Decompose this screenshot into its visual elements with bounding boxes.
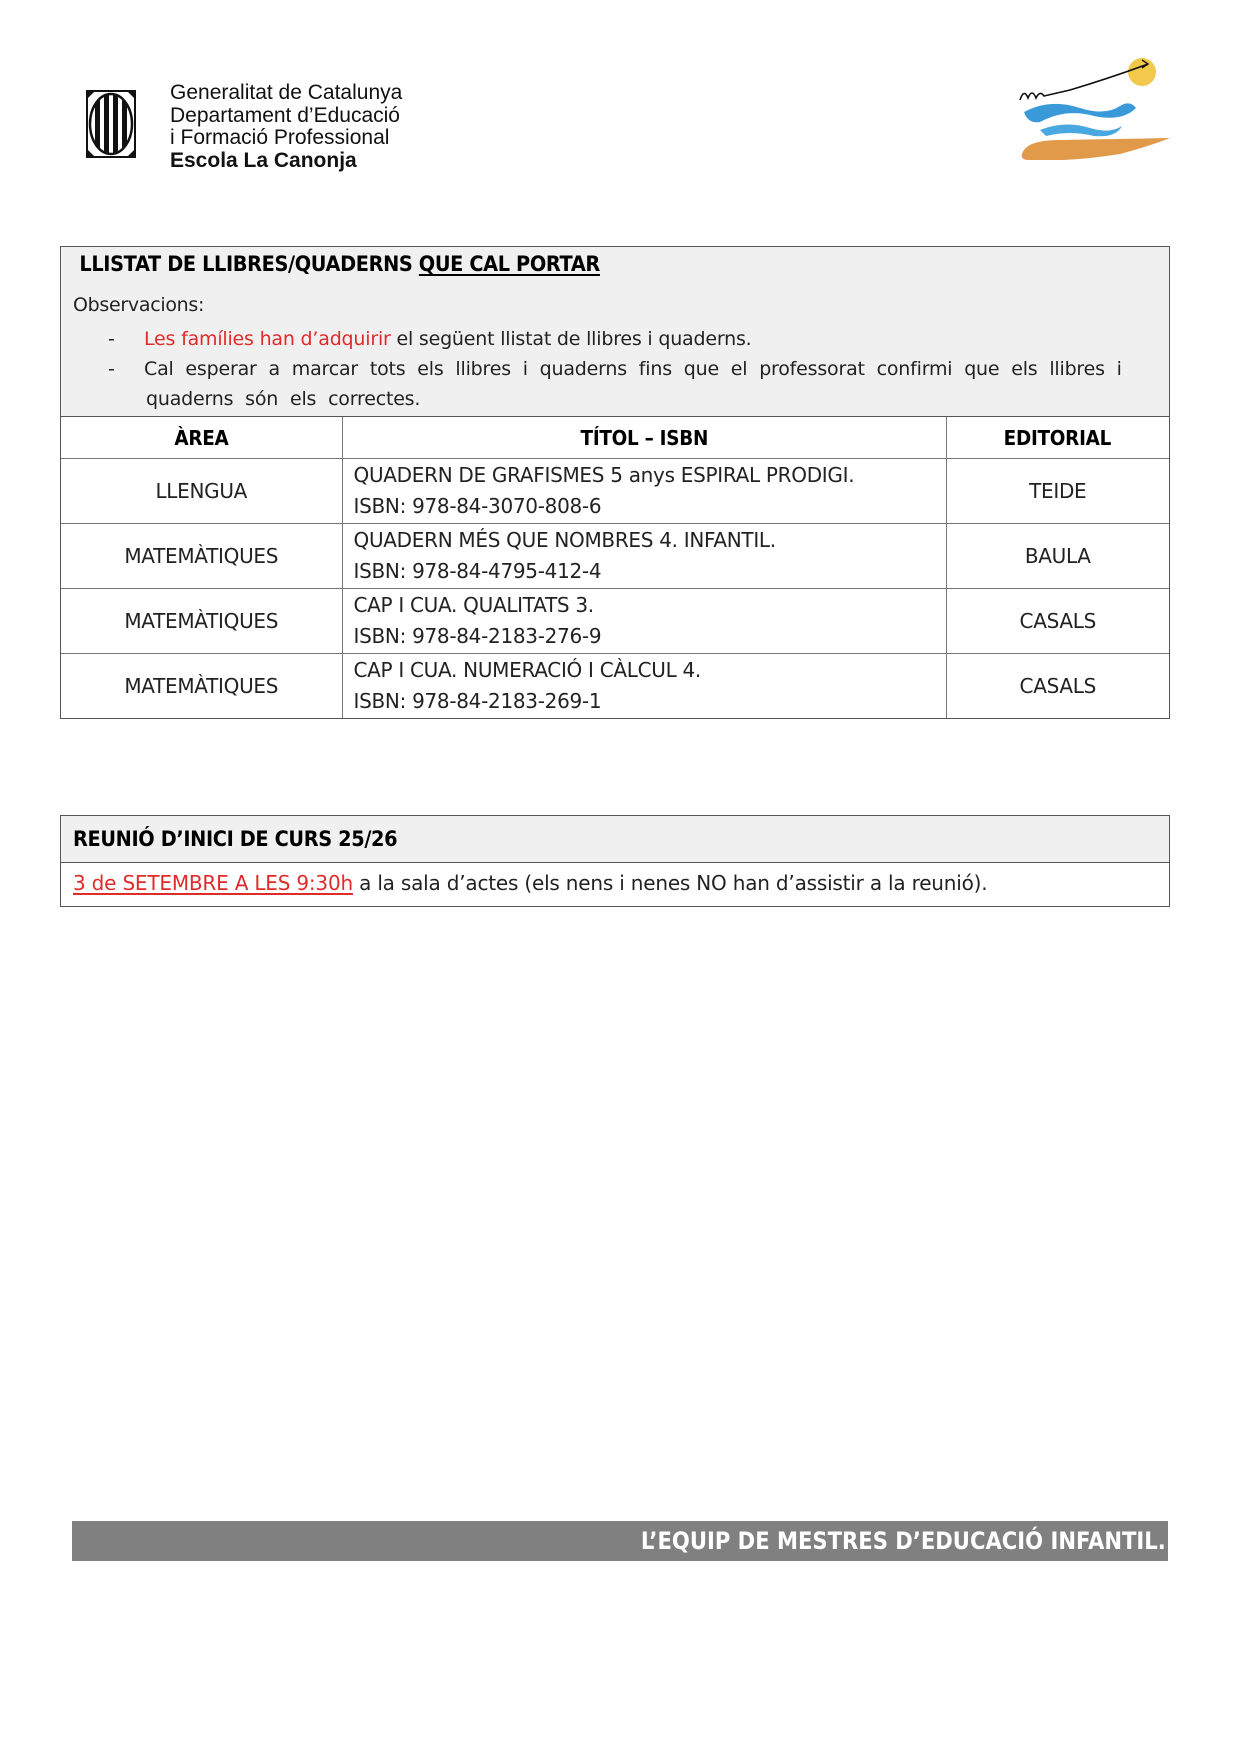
editorial-cell: CASALS — [946, 654, 1169, 719]
column-header-editorial: EDITORIAL — [946, 417, 1169, 459]
institution-line: Departament d’Educació — [170, 105, 402, 128]
table-row: MATEMÀTIQUES QUADERN MÉS QUE NOMBRES 4. … — [61, 524, 1169, 589]
observation-item: - Cal esperar a marcar tots els llibres … — [61, 354, 1169, 416]
area-cell: LLENGUA — [61, 459, 342, 524]
observation-item: - Les famílies han d’adquirir el següent… — [61, 324, 1169, 354]
area-cell: MATEMÀTIQUES — [61, 524, 342, 589]
book-title: QUADERN MÉS QUE NOMBRES 4. INFANTIL. — [354, 525, 946, 556]
title-text: LLISTAT DE LLIBRES/QUADERNS — [79, 252, 418, 276]
table-row: MATEMÀTIQUES CAP I CUA. QUALITATS 3. ISB… — [61, 589, 1169, 654]
title-isbn-cell: QUADERN DE GRAFISMES 5 anys ESPIRAL PROD… — [342, 459, 946, 524]
observations-label: Observacions: — [61, 286, 1169, 324]
table-row: MATEMÀTIQUES CAP I CUA. NUMERACIÓ I CÀLC… — [61, 654, 1169, 719]
meeting-location-text: a la sala d’actes (els nens i nenes NO h… — [353, 871, 987, 895]
column-header-area: ÀREA — [61, 417, 342, 459]
meeting-details: 3 de SETEMBRE A LES 9:30h a la sala d’ac… — [61, 863, 1169, 906]
book-isbn: ISBN: 978-84-4795-412-4 — [354, 556, 946, 587]
institution-line: i Formació Professional — [170, 127, 402, 150]
table-row: LLENGUA QUADERN DE GRAFISMES 5 anys ESPI… — [61, 459, 1169, 524]
books-table: ÀREA TÍTOL – ISBN EDITORIAL LLENGUA QUAD… — [61, 417, 1169, 718]
book-isbn: ISBN: 978-84-3070-808-6 — [354, 491, 946, 522]
meeting-date: 3 de SETEMBRE A LES 9:30h — [73, 871, 353, 895]
books-list-section: LLISTAT DE LLIBRES/QUADERNS QUE CAL PORT… — [60, 246, 1170, 719]
books-list-title: LLISTAT DE LLIBRES/QUADERNS QUE CAL PORT… — [61, 247, 1080, 286]
observation-text-continued: quaderns són els correctes. — [146, 384, 1157, 414]
catalan-coat-of-arms-icon — [86, 90, 136, 158]
title-isbn-cell: QUADERN MÉS QUE NOMBRES 4. INFANTIL. ISB… — [342, 524, 946, 589]
table-header-row: ÀREA TÍTOL – ISBN EDITORIAL — [61, 417, 1169, 459]
editorial-cell: TEIDE — [946, 459, 1169, 524]
editorial-cell: CASALS — [946, 589, 1169, 654]
book-title: QUADERN DE GRAFISMES 5 anys ESPIRAL PROD… — [354, 460, 946, 491]
bullet-dash: - — [108, 354, 115, 384]
school-sun-sea-logo-icon — [1010, 50, 1170, 160]
title-underlined-text: QUE CAL PORTAR — [419, 252, 600, 276]
footer-signature-bar: L’EQUIP DE MESTRES D’EDUCACIÓ INFANTIL. — [72, 1521, 1168, 1561]
title-isbn-cell: CAP I CUA. NUMERACIÓ I CÀLCUL 4. ISBN: 9… — [342, 654, 946, 719]
area-cell: MATEMÀTIQUES — [61, 654, 342, 719]
observation-text: Cal esperar a marcar tots els llibres i … — [144, 354, 1157, 384]
meeting-title: REUNIÓ D’INICI DE CURS 25/26 — [61, 816, 1169, 863]
book-title: CAP I CUA. NUMERACIÓ I CÀLCUL 4. — [354, 655, 946, 686]
book-isbn: ISBN: 978-84-2183-276-9 — [354, 621, 946, 652]
observation-text: el següent llistat de llibres i quaderns… — [391, 328, 752, 350]
area-cell: MATEMÀTIQUES — [61, 589, 342, 654]
title-isbn-cell: CAP I CUA. QUALITATS 3. ISBN: 978-84-218… — [342, 589, 946, 654]
book-isbn: ISBN: 978-84-2183-269-1 — [354, 686, 946, 717]
school-name: Escola La Canonja — [170, 150, 402, 173]
observation-highlight: Les famílies han d’adquirir — [144, 328, 391, 350]
institution-header: Generalitat de Catalunya Departament d’E… — [170, 82, 402, 172]
book-title: CAP I CUA. QUALITATS 3. — [354, 590, 946, 621]
books-list-header: LLISTAT DE LLIBRES/QUADERNS QUE CAL PORT… — [61, 247, 1169, 417]
bullet-dash: - — [108, 324, 115, 354]
meeting-section: REUNIÓ D’INICI DE CURS 25/26 3 de SETEMB… — [60, 815, 1170, 907]
editorial-cell: BAULA — [946, 524, 1169, 589]
column-header-title-isbn: TÍTOL – ISBN — [342, 417, 946, 459]
institution-line: Generalitat de Catalunya — [170, 82, 402, 105]
footer-signature: L’EQUIP DE MESTRES D’EDUCACIÓ INFANTIL. — [641, 1521, 1168, 1561]
